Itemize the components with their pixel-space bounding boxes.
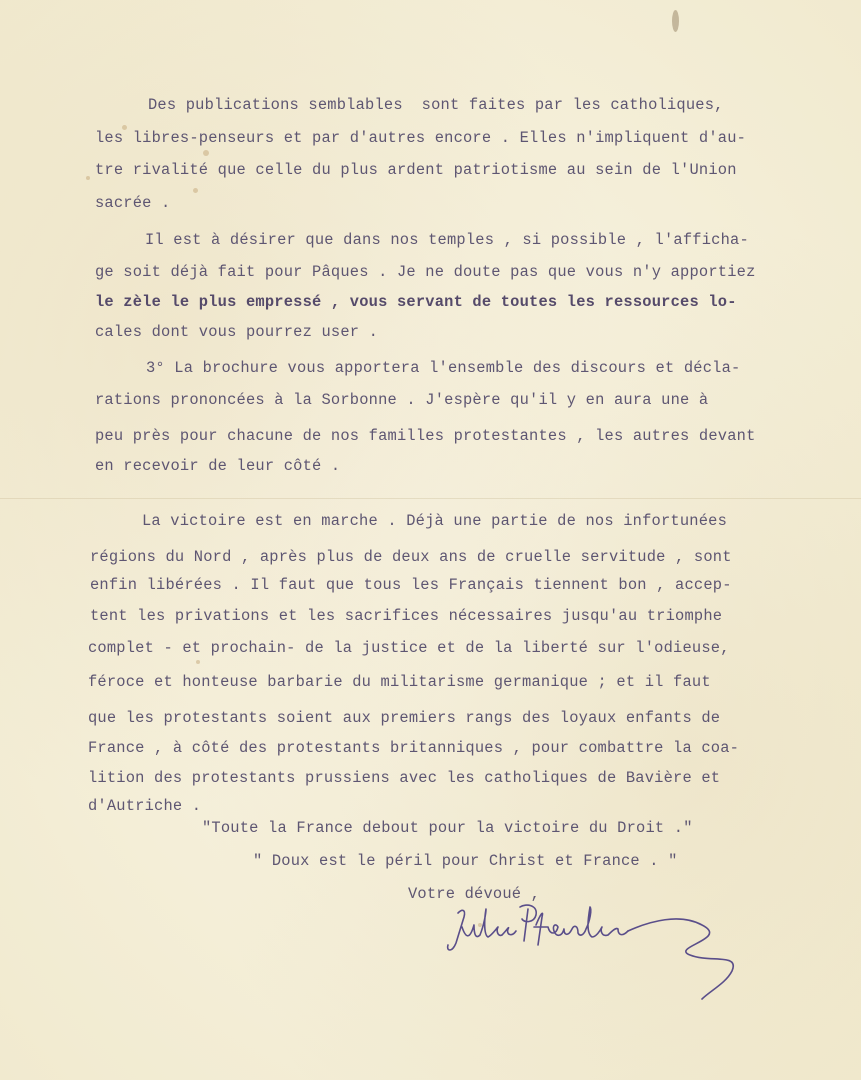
text-line: les libres-penseurs et par d'autres enco… [95,128,746,148]
text-line: que les protestants soient aux premiers … [88,708,720,728]
signature [440,895,760,1005]
closing-quote-1: "Toute la France debout pour la victoire… [202,818,693,838]
text-line: régions du Nord , après plus de deux ans… [90,547,732,567]
text-line: tent les privations et les sacrifices né… [90,606,722,626]
paper-stain [196,660,200,664]
paper-stain [86,176,90,180]
text-line: féroce et honteuse barbarie du militaris… [88,672,711,692]
text-line: d'Autriche . [88,796,201,816]
paper-stain [193,188,198,193]
text-line: lition des protestants prussiens avec le… [88,768,720,788]
paper-fold-line [0,498,861,499]
text-line: enfin libérées . Il faut que tous les Fr… [90,575,732,595]
text-line: ge soit déjà fait pour Pâques . Je ne do… [95,262,756,282]
text-line: cales dont vous pourrez user . [95,322,378,342]
text-line: complet - et prochain- de la justice et … [88,638,730,658]
text-line: en recevoir de leur côté . [95,456,340,476]
text-line: rations prononcées à la Sorbonne . J'esp… [95,390,708,410]
text-line: peu près pour chacune de nos familles pr… [95,426,756,446]
text-line: tre rivalité que celle du plus ardent pa… [95,160,737,180]
text-line: 3° La brochure vous apportera l'ensemble… [146,358,740,378]
text-line: Il est à désirer que dans nos temples , … [145,230,749,250]
closing-quote-2: " Doux est le péril pour Christ et Franc… [253,851,678,871]
text-line: La victoire est en marche . Déjà une par… [142,511,727,531]
paper-stain [203,150,209,156]
text-line: le zèle le plus empressé , vous servant … [95,292,737,312]
text-line: France , à côté des protestants britanni… [88,738,739,758]
text-line: Des publications semblables sont faites … [148,95,724,115]
paper-stain [672,10,679,32]
letter-page: Des publications semblables sont faites … [0,0,861,1080]
text-line: sacrée . [95,193,171,213]
